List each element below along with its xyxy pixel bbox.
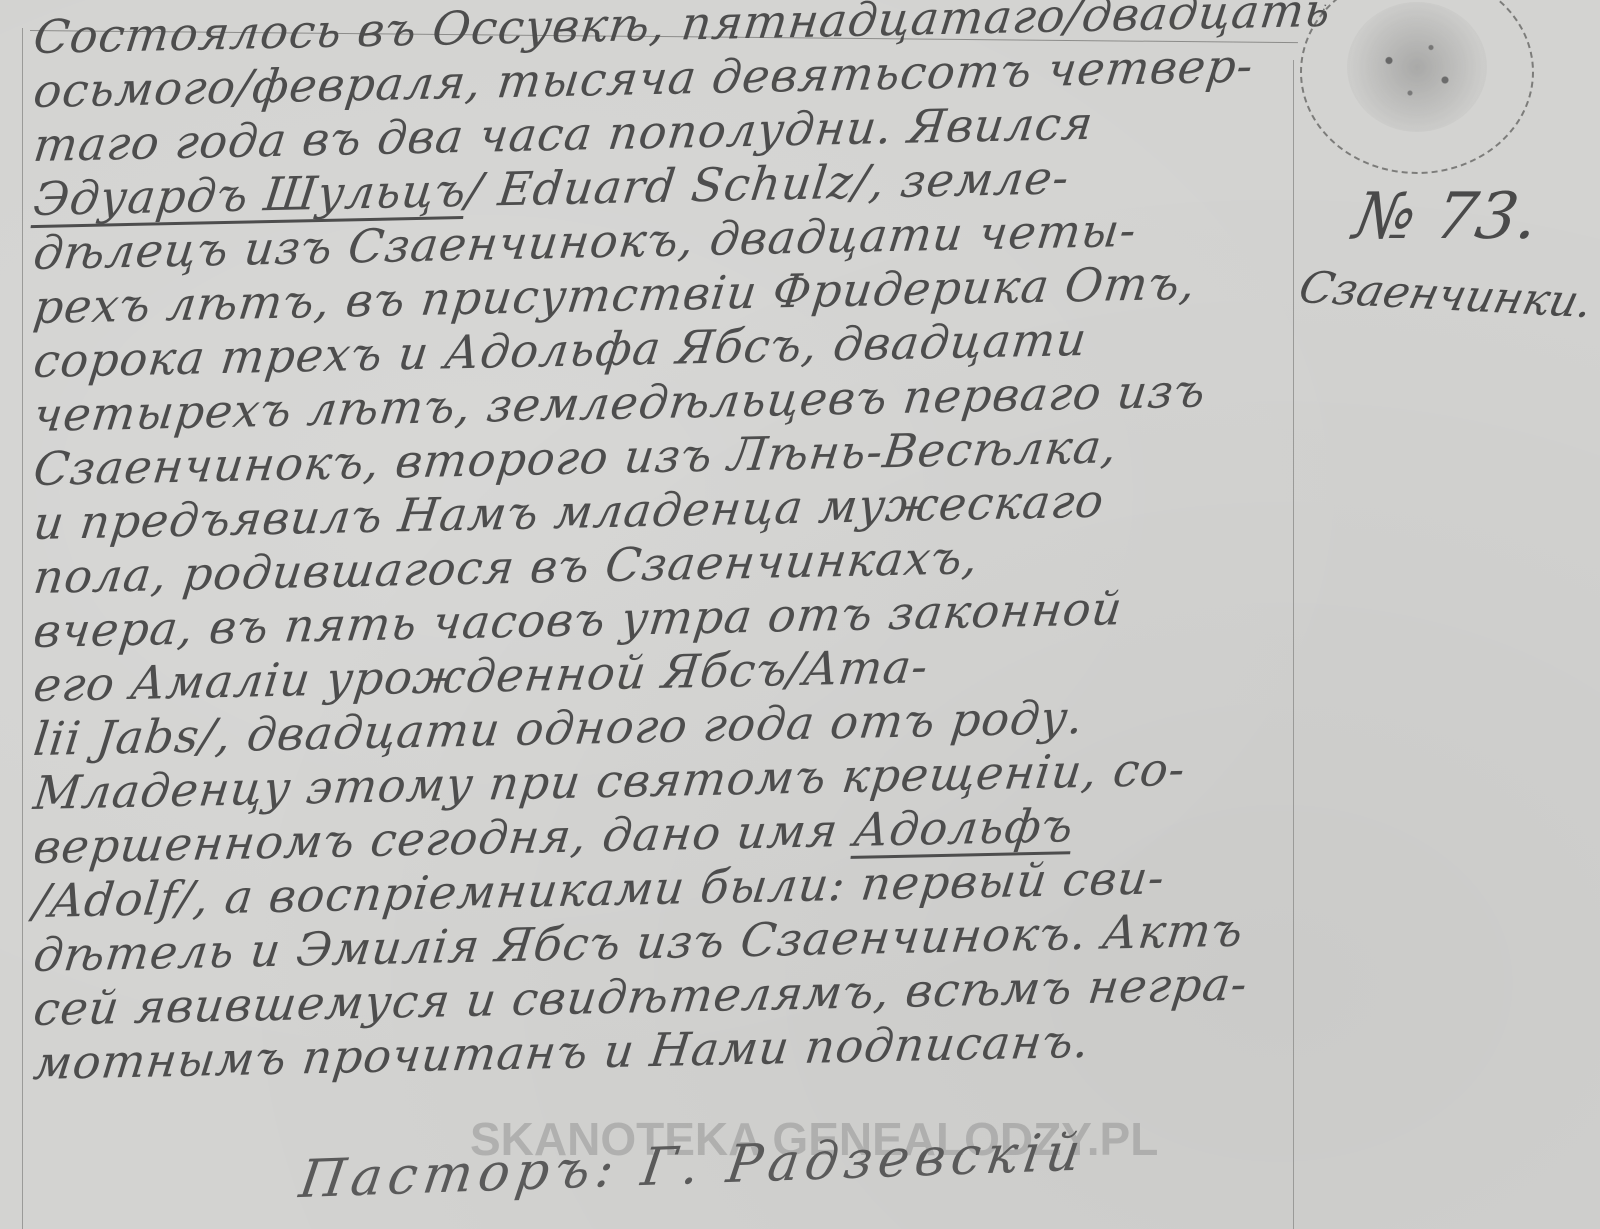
village-margin-label: Сзаенчинки. bbox=[1294, 262, 1597, 328]
act-number: № 73. bbox=[1348, 180, 1544, 254]
pastor-signature: Пасторъ: Г. Радзевскій bbox=[296, 1122, 1090, 1210]
register-left-margin-rule bbox=[22, 28, 23, 1229]
parish-seal-stamp: …ЧИНКАГО… bbox=[1300, 0, 1534, 174]
father-name-underlined: Эдуардъ Шульцъ bbox=[31, 163, 470, 226]
seal-emblem-icon bbox=[1347, 2, 1487, 132]
child-name-underlined: Адольфъ bbox=[851, 798, 1077, 857]
birth-record-body: Состоялось въ Оссувкѣ, пятнадцатаго/двад… bbox=[34, 10, 1296, 1090]
